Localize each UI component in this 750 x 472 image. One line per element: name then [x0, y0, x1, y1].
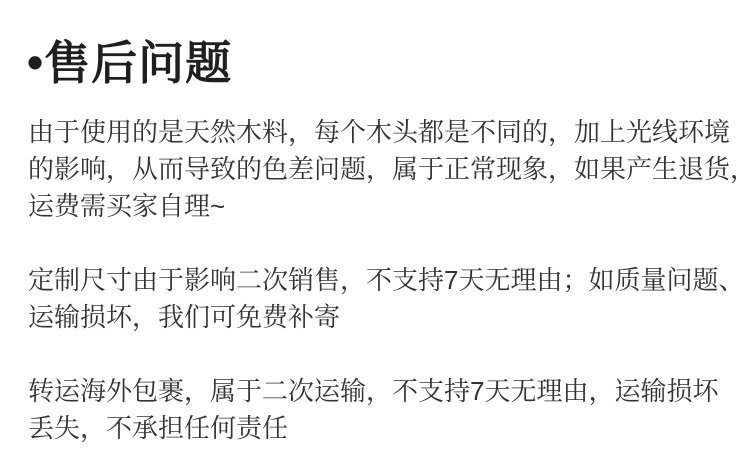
text-line: 转运海外包裹，属于二次运输，不支持7天无理由，运输损坏 — [28, 373, 730, 410]
after-sales-section: •售后问题 由于使用的是天然木料，每个木头都是不同的，加上光线环境 的影响，从而… — [0, 0, 750, 472]
text-line: 丢失，不承担任何责任 — [28, 410, 730, 447]
title-text: 售后问题 — [44, 37, 232, 89]
text-line: 的影响，从而导致的色差问题，属于正常现象，如果产生退货， — [28, 151, 730, 188]
paragraph-overseas-forwarding: 转运海外包裹，属于二次运输，不支持7天无理由，运输损坏 丢失，不承担任何责任 — [28, 373, 730, 447]
policy-text: 由于使用的是天然木料，每个木头都是不同的，加上光线环境 的影响，从而导致的色差问… — [27, 114, 730, 447]
paragraph-color-difference: 由于使用的是天然木料，每个木头都是不同的，加上光线环境 的影响，从而导致的色差问… — [28, 114, 730, 225]
text-line: 运输损坏，我们可免费补寄 — [28, 299, 730, 336]
text-line: 运费需买家自理~ — [28, 188, 730, 225]
paragraph-custom-size: 定制尺寸由于影响二次销售，不支持7天无理由；如质量问题、 运输损坏，我们可免费补… — [28, 262, 730, 336]
title-bullet: • — [27, 36, 44, 88]
page-title: •售后问题 — [27, 34, 730, 92]
text-line: 定制尺寸由于影响二次销售，不支持7天无理由；如质量问题、 — [28, 262, 730, 299]
text-line: 由于使用的是天然木料，每个木头都是不同的，加上光线环境 — [28, 114, 730, 151]
